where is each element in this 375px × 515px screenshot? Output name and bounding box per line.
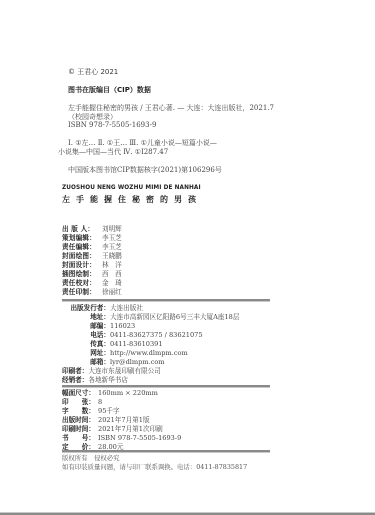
publisher-value: 0411-83627375 / 83621075	[110, 331, 203, 340]
publisher-email: lyr@dlmpm.com	[110, 358, 165, 367]
credit-row: 封面绘图：王晓鹏	[62, 252, 122, 261]
publisher-value: 大连市高新园区亿阳路6号三丰大厦A座18层	[110, 313, 239, 322]
publisher-info: 出版发行者：大连出版社 地址：大连市高新园区亿阳路6号三丰大厦A座18层 邮编：…	[62, 304, 239, 385]
publisher-row: 邮箱：lyr@dlmpm.com	[62, 358, 239, 367]
rights-notice: 版权所有 侵权必究 如有印装质量问题，请与印厂联系调换。电话：0411-8783…	[62, 454, 247, 472]
publisher-value: 0411-83610391	[110, 340, 163, 349]
cip-isbn-line: ISBN 978-7-5505-1693-9	[68, 121, 156, 129]
credit-value: 刘明辉	[102, 225, 122, 234]
credits-list: 出 版 人：刘明辉 策划编辑：李玉芝 责任编辑：李玉芝 封面绘图：王晓鹏 封面设…	[62, 225, 122, 297]
credit-label: 出 版 人：	[62, 225, 102, 234]
spec-label: 印 张：	[62, 398, 98, 407]
spec-value: 160mm × 220mm	[98, 389, 158, 398]
credit-row: 插图绘制：西 西	[62, 270, 122, 279]
publisher-label: 网址：	[62, 349, 110, 358]
copyright-page: © 王君心 2021 图书在版编目（CIP）数据 左手能握住秘密的男孩 / 王君…	[0, 0, 375, 515]
credit-label: 责任印制：	[62, 288, 102, 297]
spec-row: 字 数：95千字	[62, 407, 181, 416]
credit-row: 策划编辑：李玉芝	[62, 234, 122, 243]
spec-row: 印刷时间：2021年7月第1次印刷	[62, 425, 181, 434]
spec-row: 书 号：ISBN 978-7-5505-1693-9	[62, 434, 181, 443]
credit-row: 责任校对：金 琦	[62, 279, 122, 288]
credit-value: 李玉芝	[102, 234, 122, 243]
publisher-row: 电话：0411-83627375 / 83621075	[62, 331, 239, 340]
credit-row: 封面设计：林 洋	[62, 261, 122, 270]
publisher-row: 出版发行者：大连出版社	[62, 304, 239, 313]
publisher-label: 经销者：	[62, 376, 88, 385]
credit-value: 金 琦	[102, 279, 122, 288]
credit-value: 王晓鹏	[102, 252, 122, 261]
book-specs: 幅面尺寸：160mm × 220mm 印 张：8 字 数：95千字 出版时间：2…	[62, 389, 181, 452]
spec-value: 95千字	[98, 407, 120, 416]
publisher-label: 印刷者：	[62, 367, 88, 376]
credit-label: 封面绘图：	[62, 252, 102, 261]
section-divider	[62, 299, 270, 302]
credit-value: 林 洋	[102, 261, 122, 270]
spec-value: 8	[98, 398, 102, 407]
publisher-row: 网址：http://www.dlmpm.com	[62, 349, 239, 358]
publisher-row: 邮编：116023	[62, 322, 239, 331]
publisher-label: 地址：	[62, 313, 110, 322]
credit-label: 插图绘制：	[62, 270, 102, 279]
publisher-row: 地址：大连市高新园区亿阳路6号三丰大厦A座18层	[62, 313, 239, 322]
publisher-row: 经销者：各地新华书店	[62, 376, 239, 385]
spec-label: 字 数：	[62, 407, 98, 416]
section-divider	[62, 385, 270, 388]
credit-label: 封面设计：	[62, 261, 102, 270]
copyright-notice: © 王君心 2021	[68, 67, 118, 77]
quality-contact: 如有印装质量问题，请与印厂联系调换。电话：0411-87835817	[62, 463, 247, 472]
credit-value: 徐丽红	[102, 288, 122, 297]
credit-row: 责任编辑：李玉芝	[62, 243, 122, 252]
cip-verification-number: 中国版本图书馆CIP数据核字(2021)第106296号	[68, 165, 222, 175]
cip-heading: 图书在版编目（CIP）数据	[68, 85, 151, 95]
spec-label: 印刷时间：	[62, 425, 98, 434]
cip-subject-line-2: 小说集—中国—当代 Ⅳ. ①I287.47	[58, 147, 168, 157]
credit-value: 西 西	[102, 270, 122, 279]
publisher-label: 出版发行者：	[62, 304, 110, 313]
spec-row: 出版时间：2021年7月第1版	[62, 416, 181, 425]
spec-row: 印 张：8	[62, 398, 181, 407]
publisher-value: 大连市东晟印刷有限公司	[88, 367, 161, 376]
publisher-label: 电话：	[62, 331, 110, 340]
publisher-row: 印刷者：大连市东晟印刷有限公司	[62, 367, 239, 376]
publisher-value: 各地新华书店	[88, 376, 128, 385]
publisher-value: 116023	[110, 322, 135, 331]
spec-value: ISBN 978-7-5505-1693-9	[98, 434, 181, 443]
credit-row: 责任印制：徐丽红	[62, 288, 122, 297]
spec-value: 2021年7月第1次印刷	[98, 425, 163, 434]
credit-label: 策划编辑：	[62, 234, 102, 243]
rights-reserved: 版权所有 侵权必究	[62, 454, 247, 463]
publisher-value: 大连出版社	[110, 304, 143, 313]
credit-value: 李玉芝	[102, 243, 122, 252]
publisher-label: 邮箱：	[62, 358, 110, 367]
credit-label: 责任编辑：	[62, 243, 102, 252]
credit-label: 责任校对：	[62, 279, 102, 288]
spec-value: 2021年7月第1版	[98, 416, 150, 425]
publisher-label: 传真：	[62, 340, 110, 349]
section-divider	[62, 450, 270, 453]
spec-label: 出版时间：	[62, 416, 98, 425]
publisher-website: http://www.dlmpm.com	[110, 349, 188, 358]
spec-row: 幅面尺寸：160mm × 220mm	[62, 389, 181, 398]
book-title-chinese: 左手能握住秘密的男孩	[62, 194, 202, 205]
publisher-label: 邮编：	[62, 322, 110, 331]
spec-label: 书 号：	[62, 434, 98, 443]
publisher-row: 传真：0411-83610391	[62, 340, 239, 349]
spec-label: 幅面尺寸：	[62, 389, 98, 398]
credit-row: 出 版 人：刘明辉	[62, 225, 122, 234]
book-title-pinyin: ZUOSHOU NENG WOZHU MIMI DE NANHAI	[62, 184, 201, 191]
